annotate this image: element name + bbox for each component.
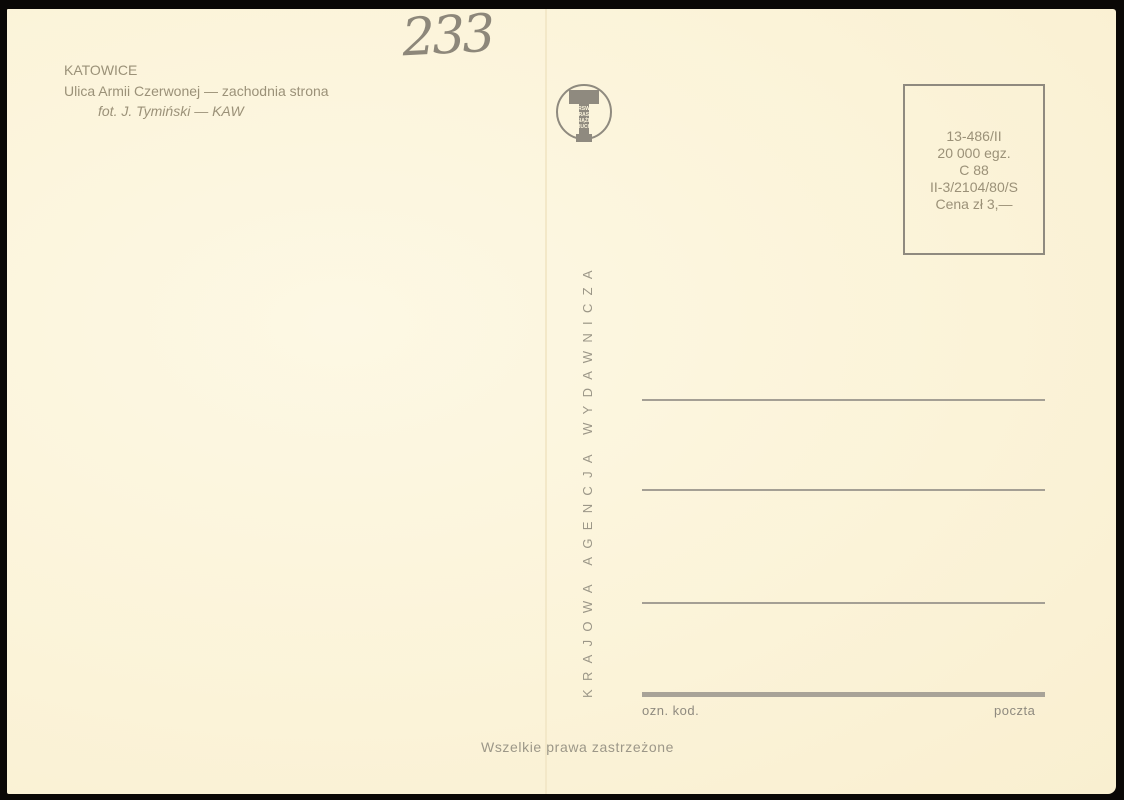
postal-code-label: ozn. kod.	[642, 703, 699, 718]
post-office-label: poczta	[994, 703, 1035, 718]
address-line-3	[642, 602, 1045, 604]
address-line-postal	[642, 692, 1045, 697]
stamp-box: 13-486/II 20 000 egz. C 88 II-3/2104/80/…	[903, 84, 1045, 255]
caption-photo-credit: fot. J. Tymiński — KAW	[64, 103, 329, 119]
caption-city: KATOWICE	[64, 62, 329, 78]
rights-reserved-text: Wszelkie prawa zastrzeżone	[481, 739, 674, 755]
address-line-2	[642, 489, 1045, 491]
print-info-line: II-3/2104/80/S	[905, 179, 1043, 196]
publisher-vertical-text: KRAJOWA AGENCJA WYDAWNICZA	[580, 262, 595, 698]
logo-text: RSW PRASA KSIĄŻKA RUCH	[566, 106, 602, 130]
print-info-line: 13-486/II	[905, 128, 1043, 145]
center-divider	[545, 9, 547, 794]
address-line-1	[642, 399, 1045, 401]
print-info-line: C 88	[905, 162, 1043, 179]
caption-block: KATOWICE Ulica Armii Czerwonej — zachodn…	[64, 62, 329, 119]
handwritten-number: 233	[400, 4, 493, 69]
print-info-line: 20 000 egz.	[905, 145, 1043, 162]
print-info: 13-486/II 20 000 egz. C 88 II-3/2104/80/…	[905, 128, 1043, 213]
caption-street: Ulica Armii Czerwonej — zachodnia strona	[64, 83, 329, 99]
rsw-ruch-logo-icon: RSW PRASA KSIĄŻKA RUCH	[556, 84, 612, 140]
print-info-line: Cena zł 3,—	[905, 196, 1043, 213]
